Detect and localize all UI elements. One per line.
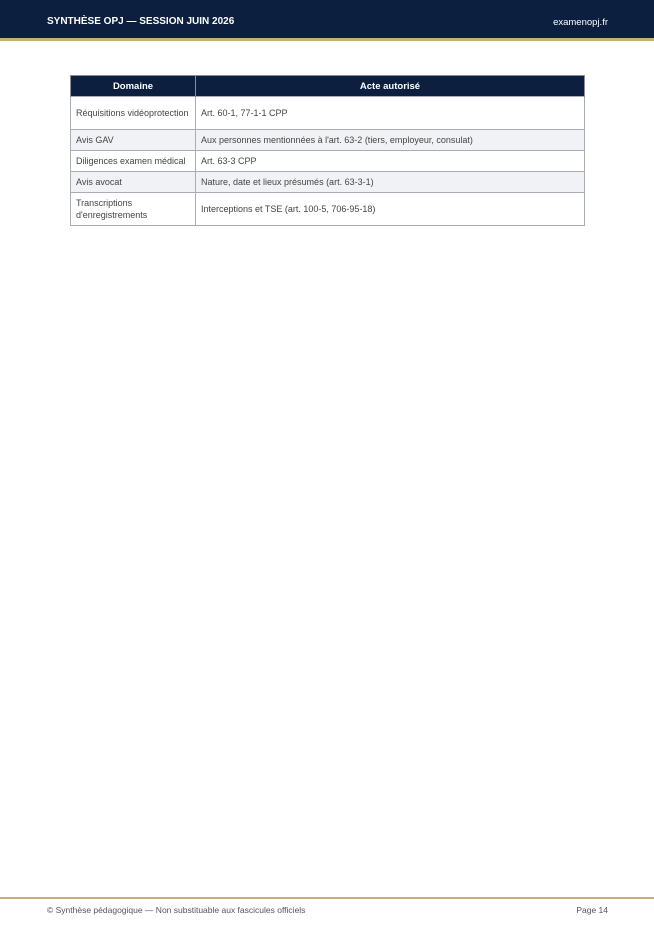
table-row: Diligences examen médical Art. 63-3 CPP <box>71 151 585 172</box>
cell-domain: Réquisitions vidéoprotection <box>71 97 196 130</box>
cell-act: Nature, date et lieux présumés (art. 63-… <box>196 172 585 193</box>
table-row: Transcriptions d'enregistrements Interce… <box>71 193 585 226</box>
table-row: Avis GAV Aux personnes mentionnées à l'a… <box>71 130 585 151</box>
cell-domain: Avis GAV <box>71 130 196 151</box>
page-number: Page 14 <box>576 905 608 915</box>
table-row: Réquisitions vidéoprotection Art. 60-1, … <box>71 97 585 130</box>
column-header-act: Acte autorisé <box>196 76 585 97</box>
header-site: examenopj.fr <box>553 17 608 28</box>
acts-table-container: Domaine Acte autorisé Réquisitions vidéo… <box>70 75 585 226</box>
cell-domain: Transcriptions d'enregistrements <box>71 193 196 226</box>
cell-domain: Avis avocat <box>71 172 196 193</box>
header-title: SYNTHÈSE OPJ — SESSION JUIN 2026 <box>47 16 234 27</box>
table-row: Avis avocat Nature, date et lieux présum… <box>71 172 585 193</box>
document-page: SYNTHÈSE OPJ — SESSION JUIN 2026 exameno… <box>0 0 654 926</box>
footer-divider <box>0 897 654 899</box>
page-header: SYNTHÈSE OPJ — SESSION JUIN 2026 exameno… <box>0 0 654 41</box>
cell-act: Interceptions et TSE (art. 100-5, 706-95… <box>196 193 585 226</box>
table-header-row: Domaine Acte autorisé <box>71 76 585 97</box>
cell-act: Art. 63-3 CPP <box>196 151 585 172</box>
column-header-domain: Domaine <box>71 76 196 97</box>
acts-table: Domaine Acte autorisé Réquisitions vidéo… <box>70 75 585 226</box>
footer-disclaimer: © Synthèse pédagogique — Non substituabl… <box>47 905 305 915</box>
cell-domain: Diligences examen médical <box>71 151 196 172</box>
cell-act: Art. 60-1, 77-1-1 CPP <box>196 97 585 130</box>
cell-act: Aux personnes mentionnées à l'art. 63-2 … <box>196 130 585 151</box>
